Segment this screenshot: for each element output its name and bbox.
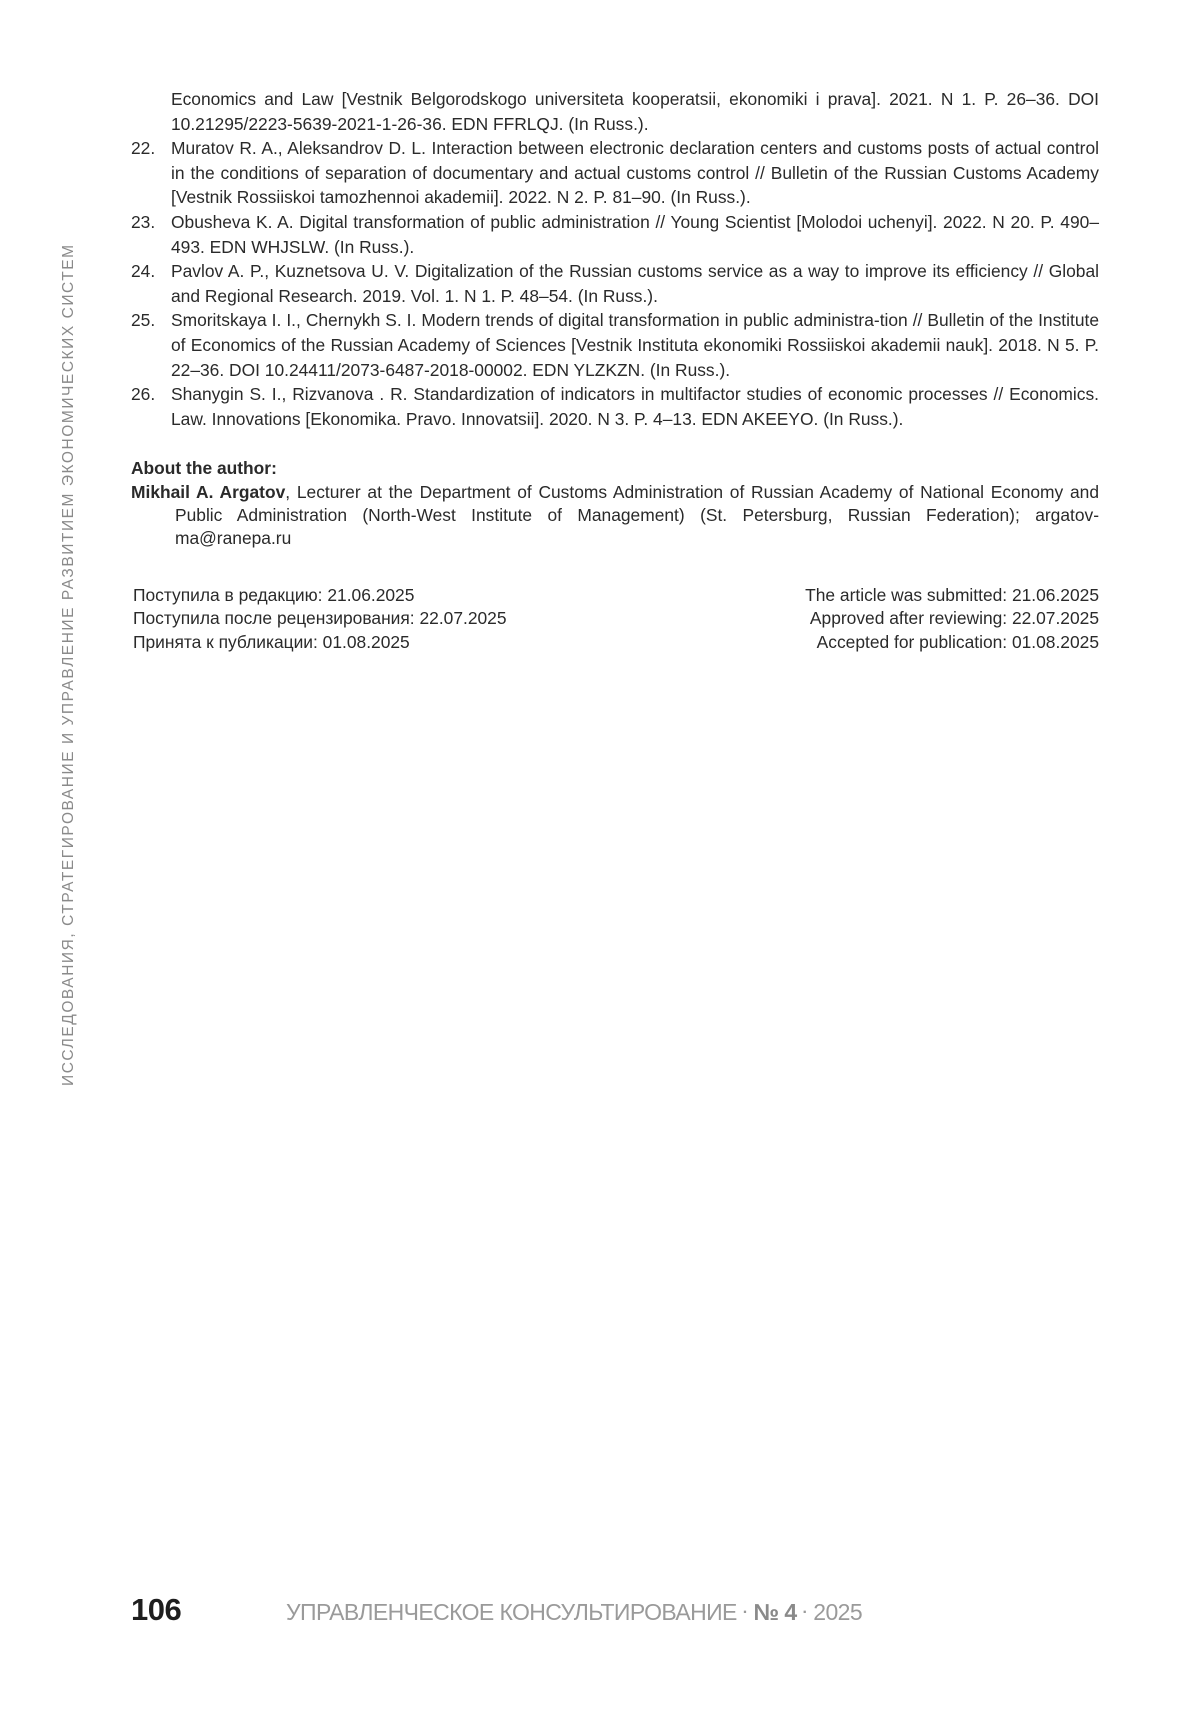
date-submitted-en: The article was submitted: 21.06.2025 bbox=[805, 584, 1099, 607]
running-section-title: ИССЛЕДОВАНИЯ, СТРАТЕГИРОВАНИЕ И УПРАВЛЕН… bbox=[58, 96, 80, 1086]
reference-list: Economics and Law [Vestnik Belgorodskogo… bbox=[131, 87, 1099, 431]
reference-number: 22. bbox=[131, 136, 155, 161]
about-author-section: About the author: Mikhail A. Argatov, Le… bbox=[131, 457, 1099, 550]
article-dates: Поступила в редакцию: 21.06.2025 Поступи… bbox=[131, 584, 1099, 654]
reference-text: Economics and Law [Vestnik Belgorodskogo… bbox=[171, 89, 1099, 134]
reference-item: 23. Obusheva K. A. Digital transformatio… bbox=[131, 210, 1099, 259]
issue-year: 2025 bbox=[813, 1599, 862, 1625]
date-accepted-en: Accepted for publication: 01.08.2025 bbox=[805, 631, 1099, 654]
reference-text: Smoritskaya I. I., Chernykh S. I. Modern… bbox=[171, 310, 1099, 379]
reference-text: Shanygin S. I., Rizvanova . R. Standardi… bbox=[171, 384, 1099, 429]
date-submitted-ru: Поступила в редакцию: 21.06.2025 bbox=[133, 584, 507, 607]
reference-text: Muratov R. A., Aleksandrov D. L. Interac… bbox=[171, 138, 1099, 207]
page-footer: 106 УПРАВЛЕНЧЕСКОЕ КОНСУЛЬТИРОВАНИЕ·№ 4·… bbox=[131, 1592, 862, 1628]
reference-item: 26. Shanygin S. I., Rizvanova . R. Stand… bbox=[131, 382, 1099, 431]
reference-item: 25. Smoritskaya I. I., Chernykh S. I. Mo… bbox=[131, 308, 1099, 382]
reference-continuation: Economics and Law [Vestnik Belgorodskogo… bbox=[131, 87, 1099, 136]
author-details: , Lecturer at the Department of Customs … bbox=[175, 482, 1099, 548]
about-author-heading: About the author: bbox=[131, 457, 1099, 480]
separator-dot: · bbox=[743, 1604, 748, 1621]
separator-dot: · bbox=[803, 1604, 808, 1621]
reference-number: 26. bbox=[131, 382, 155, 407]
page-content: Economics and Law [Vestnik Belgorodskogo… bbox=[131, 87, 1099, 654]
date-accepted-ru: Принята к публикации: 01.08.2025 bbox=[133, 631, 507, 654]
page-number: 106 bbox=[131, 1592, 286, 1628]
reference-text: Obusheva K. A. Digital transformation of… bbox=[171, 212, 1099, 257]
reference-item: 24. Pavlov A. P., Kuznetsova U. V. Digit… bbox=[131, 259, 1099, 308]
issue-number: № 4 bbox=[754, 1599, 797, 1625]
date-reviewed-en: Approved after reviewing: 22.07.2025 bbox=[805, 607, 1099, 630]
journal-footer: УПРАВЛЕНЧЕСКОЕ КОНСУЛЬТИРОВАНИЕ·№ 4·2025 bbox=[286, 1599, 862, 1626]
reference-item: 22. Muratov R. A., Aleksandrov D. L. Int… bbox=[131, 136, 1099, 210]
dates-english: The article was submitted: 21.06.2025 Ap… bbox=[805, 584, 1099, 654]
date-reviewed-ru: Поступила после рецензирования: 22.07.20… bbox=[133, 607, 507, 630]
author-bio: Mikhail A. Argatov, Lecturer at the Depa… bbox=[131, 481, 1099, 551]
reference-number: 23. bbox=[131, 210, 155, 235]
reference-text: Pavlov A. P., Kuznetsova U. V. Digitaliz… bbox=[171, 261, 1099, 306]
journal-name: УПРАВЛЕНЧЕСКОЕ КОНСУЛЬТИРОВАНИЕ bbox=[286, 1599, 737, 1625]
reference-number: 24. bbox=[131, 259, 155, 284]
dates-russian: Поступила в редакцию: 21.06.2025 Поступи… bbox=[133, 584, 507, 654]
reference-number: 25. bbox=[131, 308, 155, 333]
author-name: Mikhail A. Argatov bbox=[131, 482, 285, 502]
